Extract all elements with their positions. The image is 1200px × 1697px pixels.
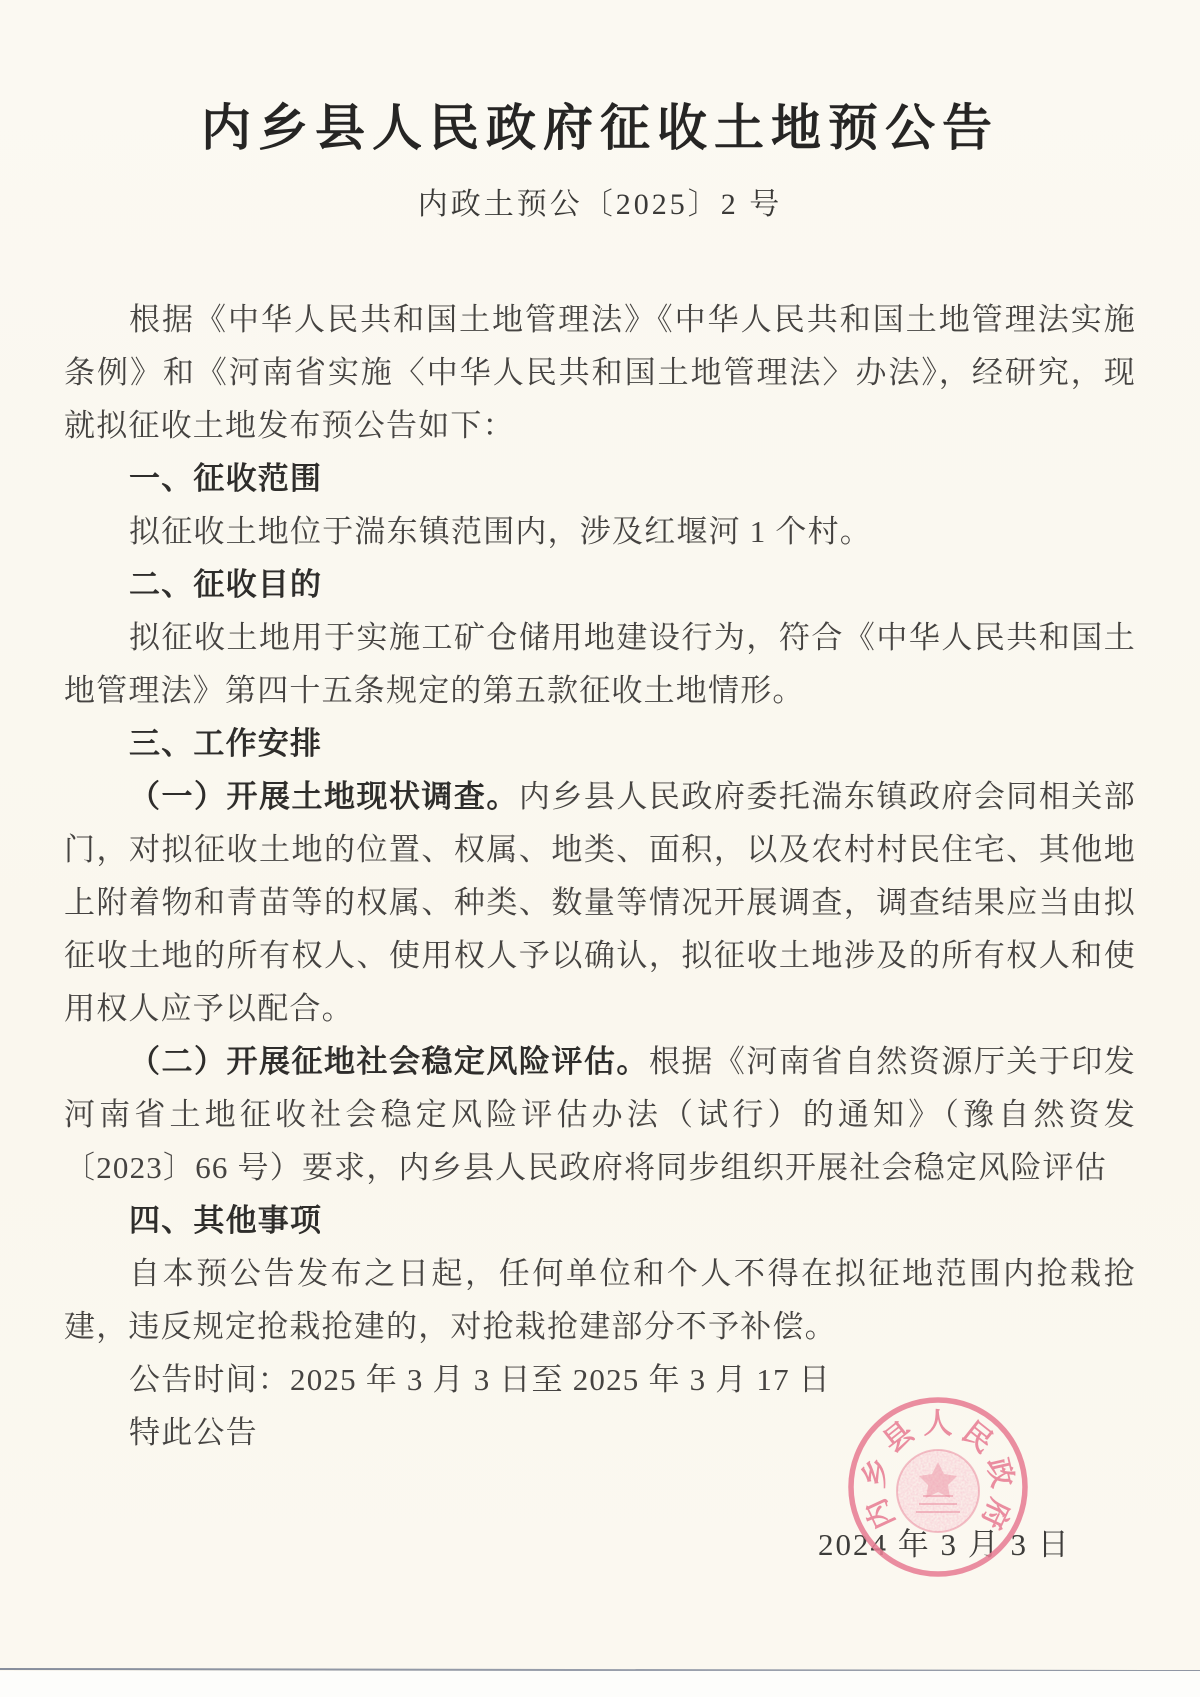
- closing-paragraph: 特此公告: [64, 1406, 1136, 1459]
- announcement-page: 内乡县人民政府征收土地预公告 内政土预公〔2025〕2 号 根据《中华人民共和国…: [0, 0, 1200, 1697]
- section-4-heading: 四、其他事项: [64, 1194, 1136, 1247]
- section-2-heading: 二、征收目的: [64, 558, 1136, 611]
- page-title: 内乡县人民政府征收土地预公告: [0, 0, 1200, 159]
- seal-star-icon: [919, 1462, 957, 1498]
- item-2-lead: （二）开展征地社会稳定风险评估。: [129, 1044, 649, 1079]
- section-1-heading: 一、征收范围: [64, 452, 1136, 505]
- item-1-text: 内乡县人民政府委托湍东镇政府会同相关部门，对拟征收土地的位置、权属、地类、面积，…: [64, 779, 1136, 1026]
- item-1-lead: （一）开展土地现状调查。: [129, 779, 519, 814]
- section-3-heading: 三、工作安排: [64, 717, 1136, 770]
- section-3-item-1-paragraph: （一）开展土地现状调查。内乡县人民政府委托湍东镇政府会同相关部门，对拟征收土地的…: [64, 770, 1136, 1035]
- announcement-body: 根据《中华人民共和国土地管理法》《中华人民共和国土地管理法实施条例》和《河南省实…: [64, 293, 1136, 1459]
- section-2-paragraph: 拟征收土地用于实施工矿仓储用地建设行为，符合《中华人民共和国土地管理法》第四十五…: [64, 611, 1136, 717]
- scan-background-strip: [0, 1671, 1200, 1697]
- document-number: 内政土预公〔2025〕2 号: [0, 183, 1200, 227]
- section-3-item-2-paragraph: （二）开展征地社会稳定风险评估。根据《河南省自然资源厅关于印发河南省土地征收社会…: [64, 1035, 1136, 1194]
- signature-date: 2024 年 3 月 3 日: [818, 1520, 1071, 1570]
- intro-paragraph: 根据《中华人民共和国土地管理法》《中华人民共和国土地管理法实施条例》和《河南省实…: [64, 293, 1136, 452]
- announcement-period-paragraph: 公告时间：2025 年 3 月 3 日至 2025 年 3 月 17 日: [64, 1353, 1136, 1406]
- section-1-paragraph: 拟征收土地位于湍东镇范围内，涉及红堰河 1 个村。: [64, 505, 1136, 558]
- section-4-paragraph: 自本预公告发布之日起，任何单位和个人不得在拟征地范围内抢栽抢建，违反规定抢栽抢建…: [64, 1247, 1136, 1353]
- seal-char: 乡: [856, 1455, 896, 1491]
- seal-char: 政: [981, 1455, 1020, 1491]
